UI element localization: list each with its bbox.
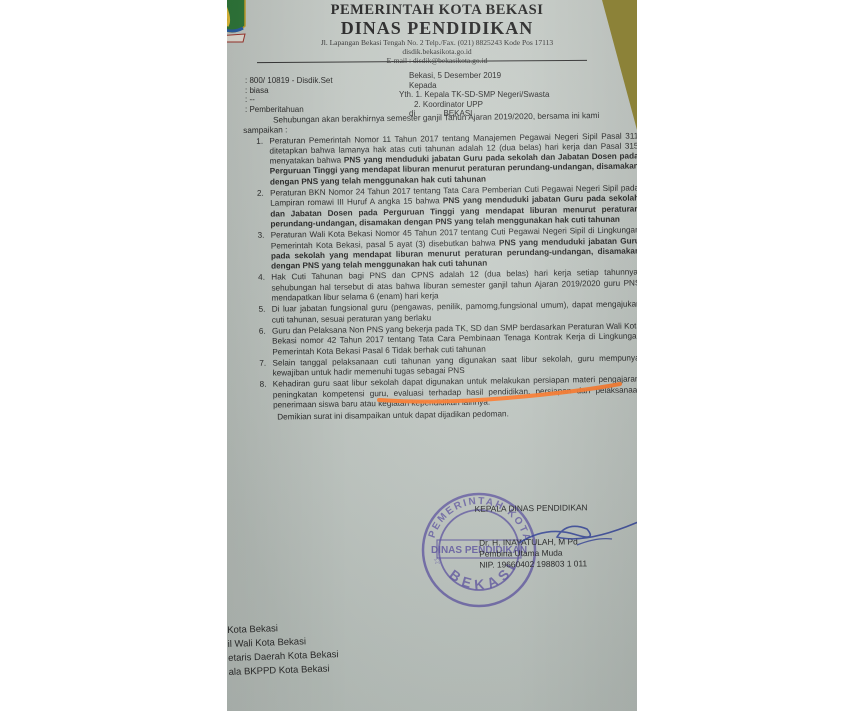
addressee-2: 2. Koordinator UPP [414, 100, 549, 110]
place-date: Bekasi, 5 Desember 2019 [409, 71, 549, 81]
addressee-to: Kepada [409, 81, 549, 91]
svg-text:☆: ☆ [433, 556, 442, 567]
letterhead: PEMERINTAH KOTA BEKASI DINAS PENDIDIKAN … [267, 0, 607, 65]
carbon-copy-list: Kota Bekasiil Wali Kota Bekasietaris Dae… [227, 620, 339, 680]
body-point-text: Di luar jabatan fungsional guru (pengawa… [272, 300, 637, 324]
body-point-text: Selain tanggal pelaksanaan cuti tahunan … [272, 353, 637, 377]
body-point-text: Hak Cuti Tahunan bagi PNS dan CPNS adala… [271, 268, 637, 303]
letterhead-government: PEMERINTAH KOTA BEKASI [267, 2, 607, 19]
addressee-1: Yth. 1. Kepala TK-SD-SMP Negeri/Swasta [399, 90, 549, 100]
letter-number: : 800/ 10819 - Disdik.Set [245, 76, 333, 86]
carbon-copy-item: ala BKPPD Kota Bekasi [228, 662, 339, 680]
body-point: Guru dan Pelaksana Non PNS yang bekerja … [268, 321, 637, 357]
body-point: Peraturan BKN Nomor 24 Tahun 2017 tentan… [266, 184, 637, 230]
body-point: Peraturan Wali Kota Bekasi Nomor 45 Tahu… [267, 226, 637, 272]
body-point-text: Guru dan Pelaksana Non PNS yang bekerja … [272, 321, 637, 356]
signatory-title: KEPALA DINAS PENDIDIKAN [475, 502, 588, 515]
body-point: Peraturan Pemerintah Nomor 11 Tahun 2017… [265, 131, 637, 188]
letter-subject: : Pemberitahuan [245, 105, 333, 115]
body-point: Hak Cuti Tahunan bagi PNS dan CPNS adala… [267, 268, 637, 304]
signatory-nip: NIP. 19660402 198803 1 011 [479, 558, 588, 571]
letterhead-website: disdik.bekasikota.go.id [267, 47, 607, 56]
handwritten-signature [517, 515, 637, 555]
letter-attachment: : -- [245, 95, 333, 105]
body-points-list: Peraturan Pemerintah Nomor 11 Tahun 2017… [243, 131, 637, 411]
letterhead-agency: DINAS PENDIDIKAN [267, 19, 607, 38]
letter-meta: : 800/ 10819 - Disdik.Set : biasa : -- :… [245, 76, 333, 114]
city-emblem-icon [227, 0, 247, 44]
letter-paper: PEMERINTAH KOTA BEKASI DINAS PENDIDIKAN … [227, 0, 637, 711]
letter-body: Sehubungan akan berakhirnya semester gan… [243, 110, 637, 423]
letterhead-address: Jl. Lapangan Bekasi Tengah No. 2 Telp./F… [267, 38, 607, 47]
orange-highlight-underline [377, 378, 622, 408]
letter-nature: : biasa [245, 86, 333, 96]
document-photo: PEMERINTAH KOTA BEKASI DINAS PENDIDIKAN … [227, 0, 637, 711]
